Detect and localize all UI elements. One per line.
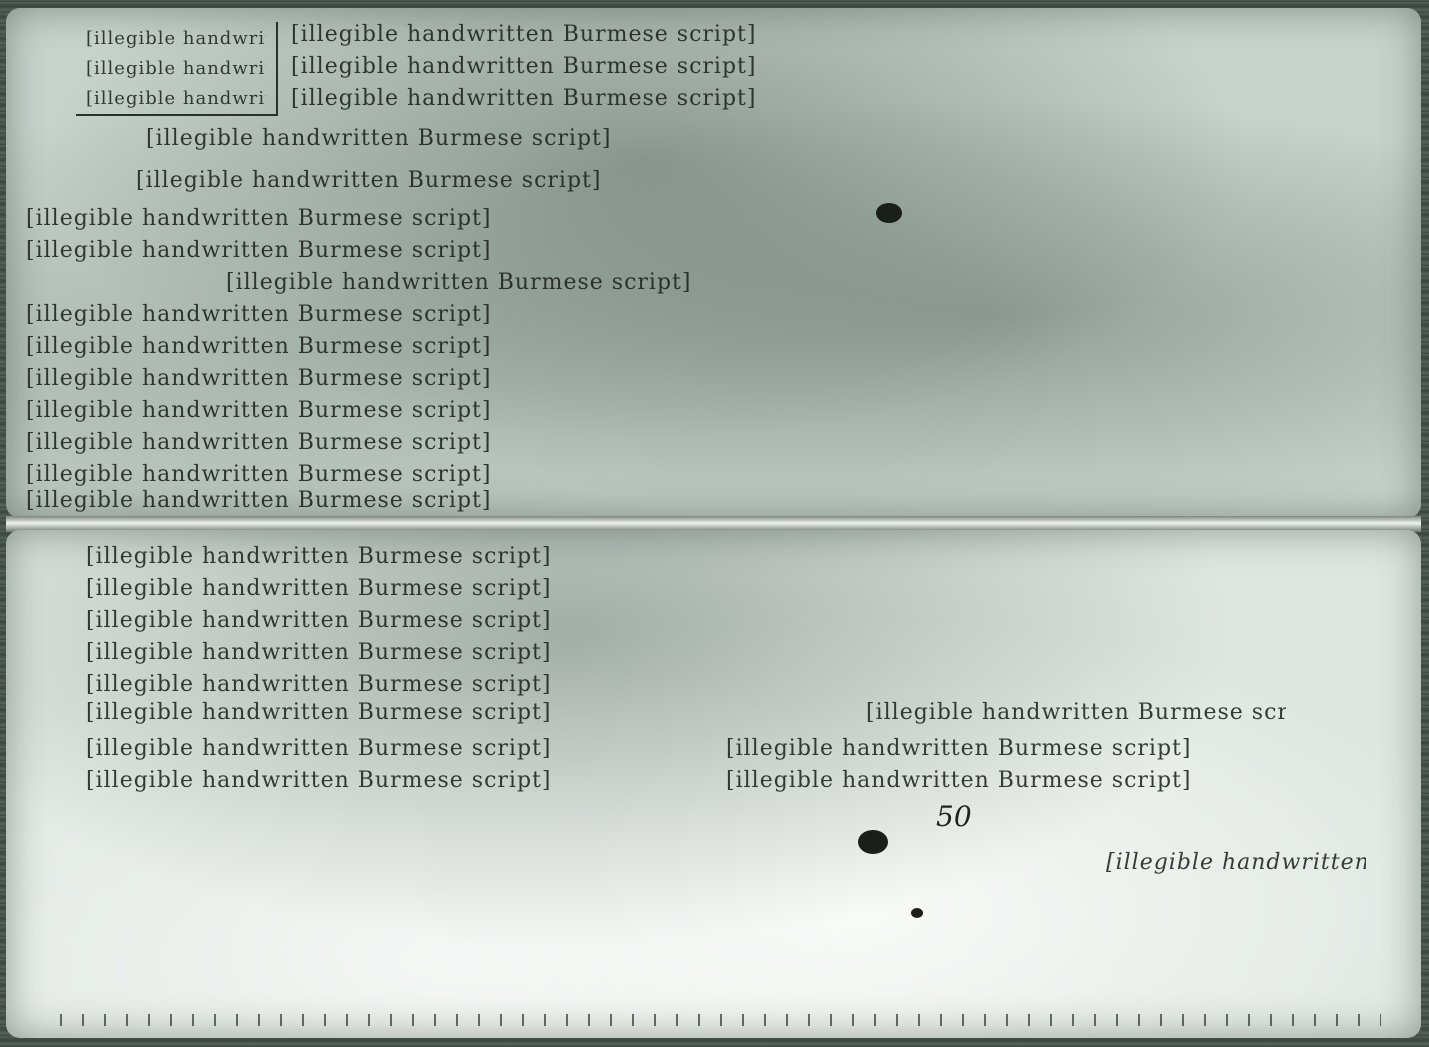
manuscript-line: [illegible handwritten Burmese script] xyxy=(866,700,1286,725)
manuscript-line: [illegible handwritten Burmese script] xyxy=(86,576,1406,601)
manuscript-line: [illegible handwritten Burmese script] xyxy=(291,86,1381,111)
manuscript-line: [illegible handwritten Burmese script] xyxy=(26,366,1406,391)
manuscript-line: [illegible handwritten Burmese script] xyxy=(136,168,836,193)
margin-note-line: [illegible handwritten Burmese script] xyxy=(86,88,266,109)
margin-note-line: [illegible handwritten Burmese script] xyxy=(86,58,266,79)
upper-panel: [illegible handwritten Burmese script] [… xyxy=(6,8,1421,518)
ink-blot xyxy=(858,830,888,854)
manuscript-line: [illegible handwritten Burmese script] xyxy=(26,488,1406,513)
manuscript-line: [illegible handwritten Burmese script] xyxy=(86,544,1406,569)
manuscript-sheet: [illegible handwritten Burmese script] [… xyxy=(6,8,1421,1038)
manuscript-line: [illegible handwritten Burmese script] xyxy=(86,736,706,761)
manuscript-line: [illegible handwritten Burmese script] xyxy=(146,126,1376,151)
manuscript-line: [illegible handwritten Burmese script] xyxy=(26,206,1406,231)
ink-blot xyxy=(911,908,923,918)
manuscript-line: [illegible handwritten Burmese script] xyxy=(86,700,846,725)
page-numeral: 50 xyxy=(936,800,972,833)
manuscript-line: [illegible handwritten Burmese script] xyxy=(26,238,1406,263)
manuscript-line: [illegible handwritten Burmese script] xyxy=(726,736,1416,761)
manuscript-line: [illegible handwritten Burmese script] xyxy=(291,54,1381,79)
manuscript-line: [illegible handwritten Burmese script] xyxy=(86,608,1406,633)
manuscript-line: [illegible handwritten Burmese script] xyxy=(86,640,1406,665)
manuscript-line: [illegible handwritten Burmese script] xyxy=(226,270,1396,295)
manuscript-line: [illegible handwritten Burmese script] xyxy=(726,768,1326,793)
margin-note-line: [illegible handwritten Burmese script] xyxy=(86,28,266,49)
manuscript-line: [illegible handwritten Burmese script] xyxy=(26,462,1406,487)
manuscript-line: [illegible handwritten Burmese script] xyxy=(86,768,706,793)
manuscript-line: [illegible handwritten Burmese script] xyxy=(26,302,1406,327)
manuscript-line: [illegible handwritten Burmese script] xyxy=(26,334,1406,359)
lower-panel: [illegible handwritten Burmese script] [… xyxy=(6,530,1421,1038)
ink-blot xyxy=(876,203,902,223)
manuscript-line: [illegible handwritten Burmese script] xyxy=(26,398,1406,423)
signature: [illegible handwritten signature] xyxy=(1106,850,1366,875)
manuscript-line: [illegible handwritten Burmese script] xyxy=(86,672,706,697)
torn-edge xyxy=(46,1014,1381,1026)
manuscript-line: [illegible handwritten Burmese script] xyxy=(26,430,1406,455)
manuscript-line: [illegible handwritten Burmese script] xyxy=(291,22,1381,47)
